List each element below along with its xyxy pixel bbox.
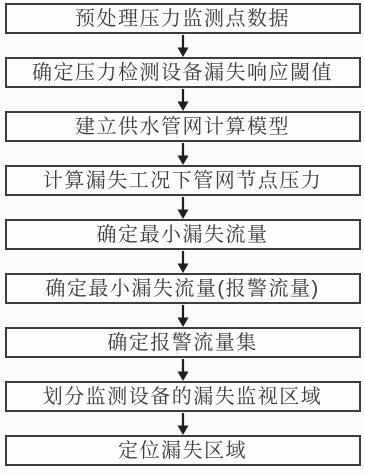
down-arrow-icon bbox=[176, 358, 190, 381]
flow-step-7: 确定报警流量集 bbox=[5, 327, 361, 358]
flow-step-1-label: 预处理压力监测点数据 bbox=[75, 8, 290, 29]
flow-step-4-label: 计算漏失工况下管网节点压力 bbox=[43, 170, 323, 191]
down-arrow-icon bbox=[176, 250, 190, 273]
flow-step-2-label: 确定压力检测设备漏失响应閾值 bbox=[32, 62, 333, 83]
down-arrow-icon bbox=[176, 304, 190, 327]
flow-step-7-label: 确定报警流量集 bbox=[107, 332, 258, 353]
flow-step-6: 确定最小漏失流量(报警流量) bbox=[5, 273, 361, 304]
flow-step-8: 划分监测设备的漏失监视区域 bbox=[5, 381, 361, 412]
flow-step-2: 确定压力检测设备漏失响应閾值 bbox=[5, 57, 361, 88]
flow-step-6-label: 确定最小漏失流量(报警流量) bbox=[45, 278, 319, 299]
down-arrow-icon bbox=[176, 196, 190, 219]
down-arrow-icon bbox=[176, 142, 190, 165]
flow-step-4: 计算漏失工况下管网节点压力 bbox=[5, 165, 361, 196]
flow-step-1: 预处理压力监测点数据 bbox=[5, 3, 361, 34]
flow-step-5-label: 确定最小漏失流量 bbox=[97, 224, 269, 245]
down-arrow-icon bbox=[176, 88, 190, 111]
flow-step-9: 定位漏失区域 bbox=[5, 435, 361, 466]
down-arrow-icon bbox=[176, 412, 190, 435]
down-arrow-icon bbox=[176, 34, 190, 57]
flow-step-5: 确定最小漏失流量 bbox=[5, 219, 361, 250]
flow-step-9-label: 定位漏失区域 bbox=[118, 440, 247, 461]
flow-step-3: 建立供水管网计算模型 bbox=[5, 111, 361, 142]
flow-step-8-label: 划分监测设备的漏失监视区域 bbox=[43, 386, 323, 407]
flowchart: 预处理压力监测点数据 确定压力检测设备漏失响应閾值 建立供水管网计算模型 计算漏… bbox=[0, 0, 365, 475]
flow-step-3-label: 建立供水管网计算模型 bbox=[75, 116, 290, 137]
